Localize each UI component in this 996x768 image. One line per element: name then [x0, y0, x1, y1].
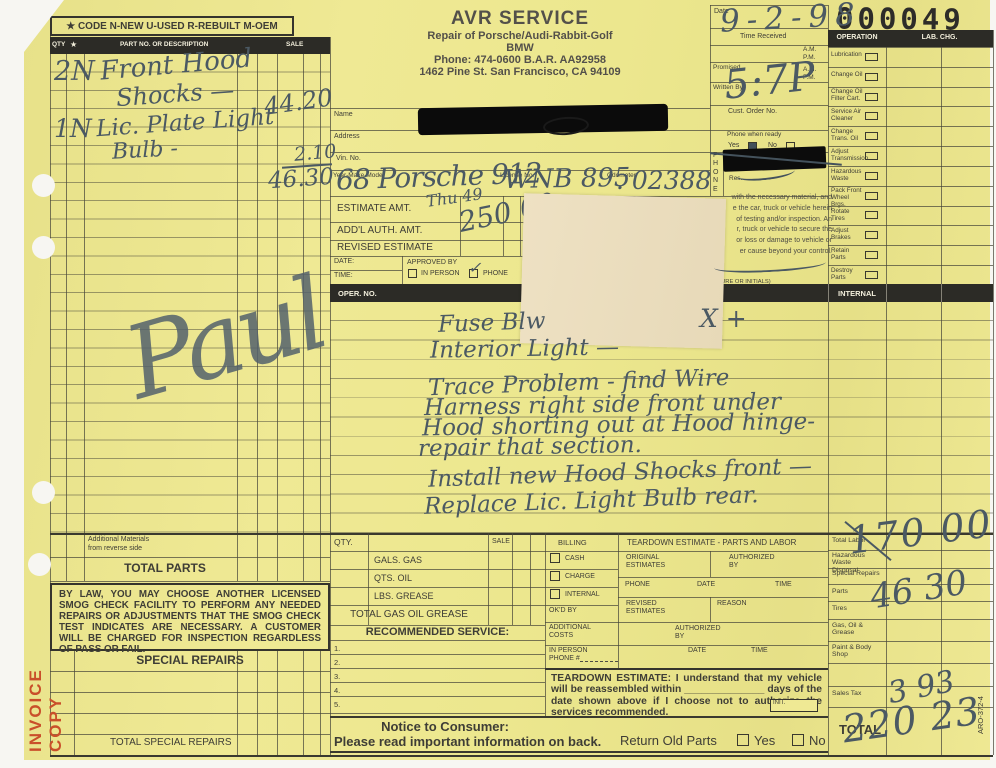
divider	[50, 557, 330, 558]
gas-qty-label: QTY.	[334, 537, 353, 547]
service-row-num: 2.	[334, 658, 340, 667]
operation-checkbox	[865, 152, 878, 160]
divider	[828, 67, 993, 68]
divider	[330, 654, 545, 655]
additional-materials-label: Additional Materials from reverse side	[88, 536, 149, 553]
revised-estimate-label: REVISED ESTIMATE	[337, 242, 433, 253]
phone-num-blank-line	[580, 661, 618, 662]
name-redaction-bar	[418, 104, 668, 135]
divider	[618, 577, 828, 578]
billing-header: BILLING	[558, 538, 587, 547]
teardown-phone-label: PHONE	[625, 581, 650, 588]
operation-checkbox	[865, 231, 878, 239]
notice-line2: Please read important information on bac…	[334, 734, 601, 749]
operation-checkbox	[865, 271, 878, 279]
divider	[545, 645, 828, 646]
divider	[330, 682, 545, 683]
in-person-line: IN PERSON	[549, 647, 588, 655]
divider	[828, 225, 993, 226]
divider	[828, 106, 993, 107]
addl-date-label: DATE	[688, 647, 706, 654]
operation-item: Pack Front Wheel Brgs.	[831, 188, 864, 209]
teardown-date-label: DATE	[697, 581, 715, 588]
divider	[886, 284, 887, 302]
recommended-service-label: RECOMMENDED SERVICE:	[330, 626, 545, 638]
divider	[828, 284, 829, 302]
hw-price2: 2.10	[293, 140, 337, 166]
divider	[530, 533, 531, 625]
divider	[330, 605, 618, 606]
estimate-amt-label: ESTIMATE AMT.	[337, 203, 411, 214]
gas-row-label: LBS. GREASE	[374, 591, 434, 601]
authorized-by-label: AUTHORIZED BY	[729, 554, 781, 569]
additional-materials-line1: Additional Materials	[88, 536, 149, 545]
approved-by-label: APPROVED BY	[407, 259, 457, 266]
service-row-num: 4.	[334, 686, 340, 695]
cust-order-label: Cust. Order No.	[728, 108, 777, 115]
service-row-num: 1.	[334, 644, 340, 653]
operation-item: Destroy Parts	[831, 268, 864, 282]
divider	[618, 597, 828, 598]
divider	[330, 696, 545, 697]
divider	[710, 551, 711, 577]
divider	[828, 265, 993, 266]
return-yes-checkbox	[737, 734, 749, 746]
operation-item: Adjust Brakes	[831, 228, 864, 242]
charge-checkbox	[550, 571, 560, 581]
divider	[50, 734, 330, 735]
return-old-parts-label: Return Old Parts	[620, 733, 717, 748]
divider	[488, 533, 489, 625]
operation-header: OPERATION	[828, 34, 886, 41]
operation-item: Change Oil	[831, 72, 864, 79]
parts-header-desc: PART NO. OR DESCRIPTION	[120, 41, 208, 48]
okd-by-label: OK'D BY	[549, 607, 577, 614]
operation-item: Service Air Cleaner	[831, 109, 864, 123]
divider	[828, 126, 993, 127]
operation-item: Change Trans. Oil	[831, 129, 864, 143]
divider	[50, 692, 330, 693]
cash-checkbox	[550, 553, 560, 563]
parts-total-label: Parts	[832, 588, 848, 595]
smog-notice: BY LAW, YOU MAY CHOOSE ANOTHER LICENSED …	[50, 583, 330, 651]
divider	[330, 240, 545, 241]
cash-label: CASH	[565, 555, 584, 562]
sales-tax-label: Sales Tax	[832, 690, 861, 697]
total-parts-label: TOTAL PARTS	[50, 561, 280, 575]
hw-promised-time: 5:7P	[722, 53, 818, 108]
operation-checkbox	[865, 53, 878, 61]
revised-estimates-label: REVISED ESTIMATES	[626, 600, 670, 615]
special-repairs-label: SPECIAL REPAIRS	[50, 653, 330, 667]
service-row-num: 5.	[334, 700, 340, 709]
divider	[512, 533, 513, 625]
divider	[50, 671, 330, 672]
in-person-label: IN PERSON	[421, 270, 460, 277]
operation-item: Adjust Transmission	[831, 149, 864, 163]
divider	[50, 713, 330, 714]
parts-header-star: ★	[70, 40, 77, 49]
divider	[330, 713, 545, 714]
am-label: A.M.	[803, 46, 816, 53]
additional-costs-label: ADDITIONAL COSTS	[549, 624, 597, 639]
internal-checkbox	[550, 589, 560, 599]
return-yes-label: Yes	[754, 733, 775, 748]
parts-header-sale: SALE	[286, 41, 303, 48]
punch-hole	[32, 236, 55, 259]
divider	[828, 47, 993, 48]
company-header: AVR SERVICE Repair of Porsche/Audi-Rabbi…	[360, 8, 680, 78]
paint-body-label: Paint & Body Shop	[832, 644, 876, 659]
operation-checkbox	[865, 172, 878, 180]
hw-qty2: 1N	[54, 114, 92, 143]
name-label: Name	[334, 111, 353, 118]
hw-item2b: Bulb -	[111, 136, 178, 164]
divider	[828, 245, 993, 246]
gas-row-label: QTS. OIL	[374, 573, 412, 583]
gas-sale-label: SALE	[492, 538, 510, 545]
addl-auth-label: ADD'L AUTH. AMT.	[337, 225, 422, 236]
divider	[330, 551, 828, 552]
charge-label: CHARGE	[565, 573, 595, 580]
teardown-time-label: TIME	[775, 581, 792, 588]
total-special-repairs-label: TOTAL SPECIAL REPAIRS	[110, 737, 232, 748]
sticker-overlay	[520, 193, 726, 349]
parts-header-qty: QTY	[52, 41, 65, 48]
divider	[828, 641, 993, 642]
hw-mark: X +	[700, 304, 747, 333]
divider	[330, 587, 618, 588]
operation-checkbox	[865, 73, 878, 81]
company-name: AVR SERVICE	[360, 8, 680, 30]
punch-hole	[32, 174, 55, 197]
operation-item: Retain Parts	[831, 248, 864, 262]
hw-writeup-line: repair that section.	[418, 432, 642, 462]
divider	[330, 256, 545, 257]
operation-item: Rotate Tires	[831, 209, 864, 223]
lab-chg-header: LAB. CHG.	[886, 34, 993, 41]
address-label: Address	[334, 133, 360, 140]
return-no-checkbox	[792, 734, 804, 746]
divider	[710, 597, 711, 622]
phone-vertical-label: PHONE	[713, 152, 721, 194]
divider	[50, 581, 330, 582]
divider	[330, 640, 545, 641]
divider	[828, 166, 993, 167]
invoice-copy-label: INVOICE COPY	[26, 612, 66, 752]
addl-authorized-by-label: AUTHORIZED BY	[675, 625, 727, 640]
operation-checkbox	[865, 112, 878, 120]
teardown-header: TEARDOWN ESTIMATE - PARTS AND LABOR	[627, 538, 796, 547]
divider	[545, 622, 828, 623]
internal-label: INTERNAL	[828, 289, 886, 298]
addl-time-label: TIME	[751, 647, 768, 654]
time-label: TIME:	[334, 272, 353, 279]
operation-checkbox	[865, 132, 878, 140]
date-label: DATE:	[334, 258, 354, 265]
reason-label: REASON	[717, 600, 747, 607]
gas-oil-grease-label: Gas, Oil & Grease	[832, 622, 872, 637]
company-line3: Phone: 474-0600 B.A.R. AA92958	[360, 54, 680, 66]
divider	[330, 668, 545, 669]
original-estimates-label: ORIGINAL ESTIMATES	[626, 554, 670, 569]
hw-writeup-line: Interior Light —	[430, 334, 619, 363]
in-person-phone-label: IN PERSON PHONE #	[549, 647, 588, 662]
company-line4: 1462 Pine St. San Francisco, CA 94109	[360, 66, 680, 78]
operation-checkbox	[865, 211, 878, 219]
code-legend: ★ CODE N-NEW U-USED R-REBUILT M-OEM	[50, 16, 294, 36]
divider	[993, 30, 994, 755]
phone-checkmark: ✓	[468, 258, 481, 277]
hw-license: WNB 895	[504, 163, 631, 195]
operation-item: Hazardous Waste	[831, 169, 864, 183]
divider	[50, 755, 993, 757]
punch-hole	[28, 553, 51, 576]
hw-writeup-line: Fuse Blw	[438, 308, 546, 338]
gas-total-label: TOTAL GAS OIL GREASE	[330, 609, 488, 620]
in-person-checkbox	[408, 269, 417, 278]
yes-label: Yes	[728, 142, 739, 149]
hw-qty1: 2N	[54, 56, 95, 87]
additional-materials-line2: from reverse side	[88, 545, 149, 554]
divider	[828, 146, 993, 147]
divider	[330, 270, 402, 271]
company-line2: BMW	[360, 42, 680, 54]
phone-option-label: PHONE	[483, 270, 508, 277]
internal-option-label: INTERNAL	[565, 591, 600, 598]
hw-parts-subtotal: 46.30	[267, 164, 335, 195]
operation-checkbox	[865, 251, 878, 259]
gas-row-label: GALS. GAS	[374, 555, 422, 565]
operation-checkbox	[865, 93, 878, 101]
divider	[828, 619, 993, 620]
notice-line1: Notice to Consumer:	[330, 719, 560, 734]
operation-item: Lubrication	[831, 52, 864, 59]
hw-odometer: . 02388	[616, 166, 711, 195]
return-no-label: No	[809, 733, 826, 748]
init-label: INIT.	[773, 700, 785, 706]
divider	[330, 751, 828, 753]
phone-ready-label: Phone when ready	[727, 131, 781, 138]
tires-label: Tires	[832, 605, 847, 612]
vin-label: Vin. No.	[336, 155, 361, 162]
operation-checkbox	[865, 192, 878, 200]
operation-item: Change Oil Filter Cart.	[831, 89, 864, 103]
punch-hole	[32, 481, 55, 504]
divider	[402, 256, 403, 284]
divider	[330, 569, 618, 570]
service-row-num: 3.	[334, 672, 340, 681]
divider	[618, 533, 619, 668]
company-line1: Repair of Porsche/Audi-Rabbit-Golf	[360, 30, 680, 42]
divider	[828, 663, 993, 664]
oper-no-label: OPER. NO.	[338, 289, 377, 298]
divider	[941, 284, 942, 302]
